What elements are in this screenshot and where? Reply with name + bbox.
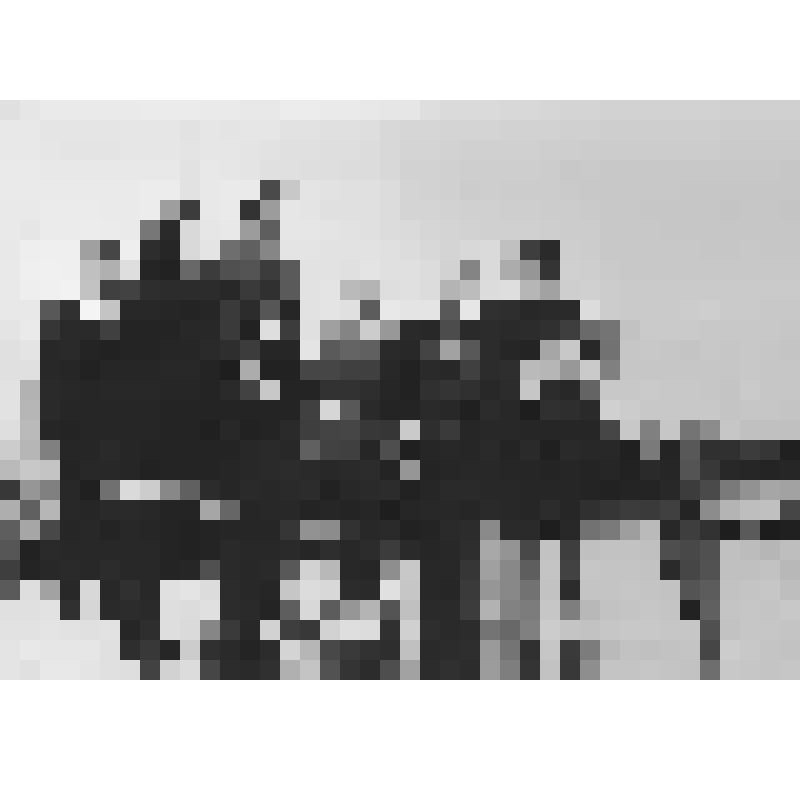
- photo-canvas: [0, 100, 800, 680]
- bottom-margin: [0, 680, 800, 800]
- pixelated-photo: [0, 100, 800, 680]
- top-margin: [0, 0, 800, 100]
- page: [0, 0, 800, 800]
